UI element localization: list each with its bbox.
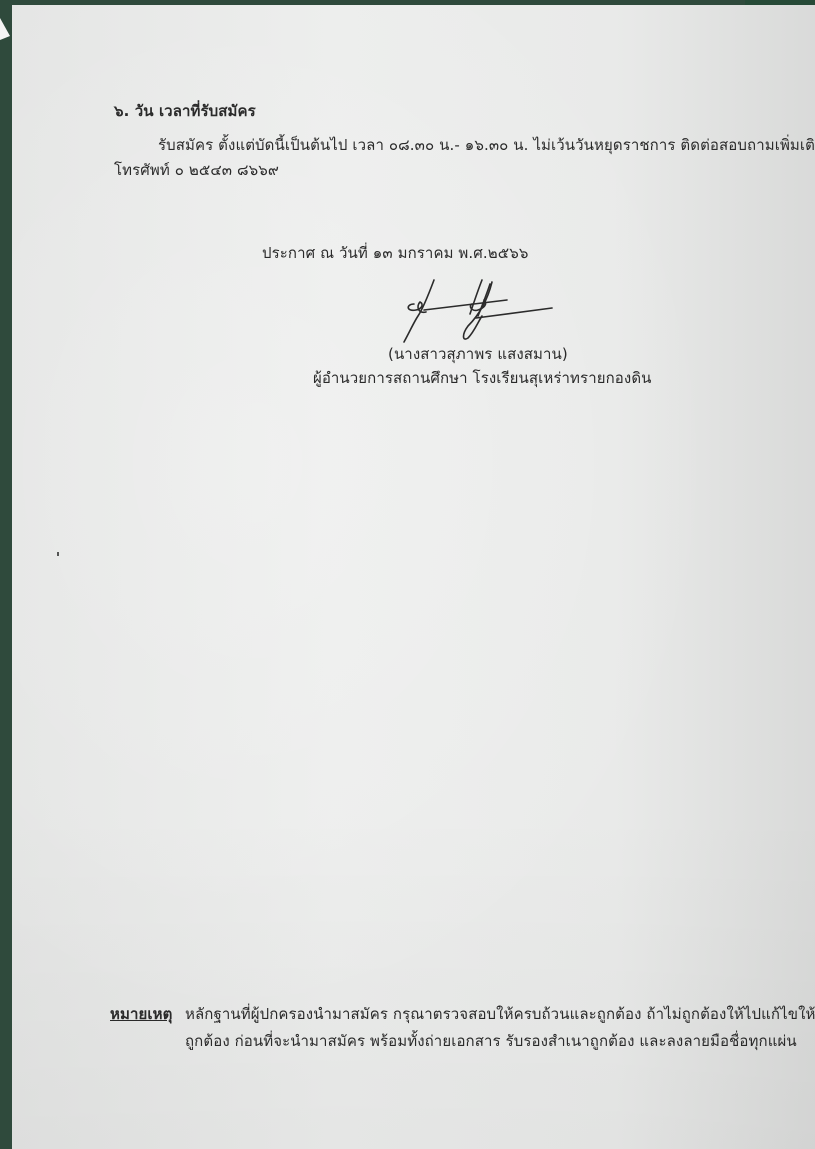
ink-speck (57, 552, 59, 556)
section-heading: ๖. วัน เวลาที่รับสมัคร (114, 99, 256, 123)
background-surface (745, 0, 815, 5)
application-hours-text: รับสมัคร ตั้งแต่บัดนี้เป็นต้นไป เวลา ๐๘.… (158, 133, 815, 157)
note-line-1: หลักฐานที่ผู้ปกครองนำมาสมัคร กรุณาตรวจสอ… (185, 1002, 815, 1026)
note-line-2: ถูกต้อง ก่อนที่จะนำมาสมัคร พร้อมทั้งถ่าย… (185, 1029, 797, 1053)
phone-number-text: โทรศัพท์ ๐ ๒๕๔๓ ๘๖๖๙ (114, 158, 279, 182)
note-label: หมายเหตุ (110, 1002, 172, 1026)
paper-corner-fragment (0, 18, 10, 40)
signatory-title: ผู้อำนวยการสถานศึกษา โรงเรียนสุเหร่าทราย… (313, 366, 652, 390)
signatory-name: (นางสาวสุภาพร แสงสมาน) (388, 342, 568, 366)
announcement-date: ประกาศ ณ วันที่ ๑๓ มกราคม พ.ศ.๒๕๖๖ (262, 241, 528, 265)
signature-image (392, 276, 562, 344)
